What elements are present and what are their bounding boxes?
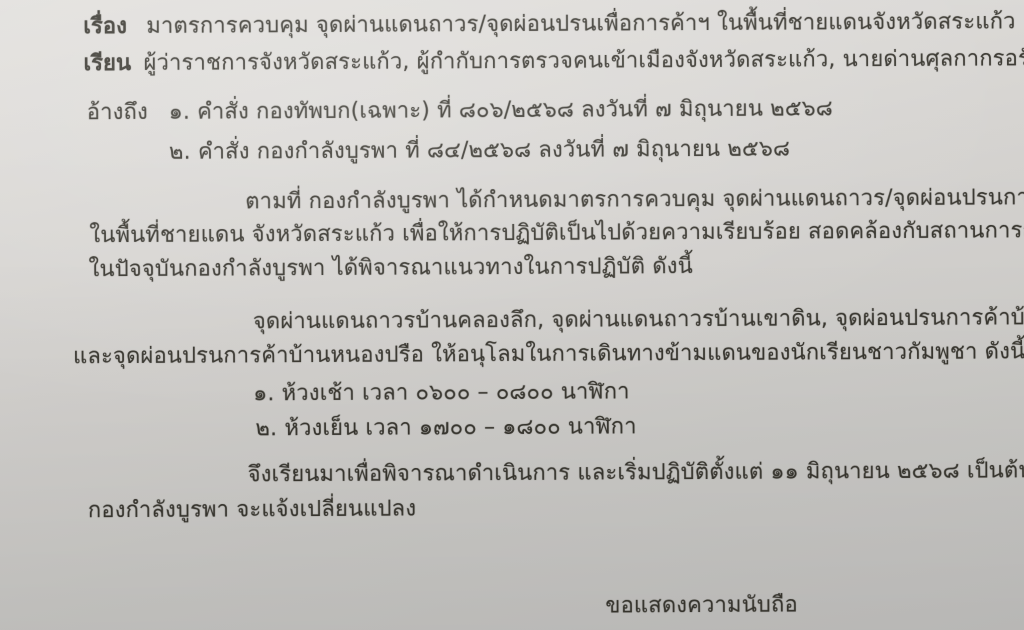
paragraph-2-line-2: และจุดผ่อนปรนการค้าบ้านหนองปรือ ให้อนุโล… [73,337,1024,372]
reference-item-1: ๑. คำสั่ง กองทัพบก(เฉพาะ) ที่ ๘๐๖/๒๕๖๘ ล… [169,94,833,127]
reference-label: อ้างถึง [87,98,148,128]
to-label: เรียน [83,49,131,79]
closing-salutation: ขอแสดงความนับถือ [605,591,798,622]
paragraph-2-line-1: จุดผ่านแดนถาวรบ้านคลองลึก, จุดผ่านแดนถาว… [253,303,1024,338]
paragraph-1-line-3: ในปัจจุบันกองกำลังบูรพา ได้พิจารณาแนวทาง… [89,252,693,285]
letter-body: เรื่อง มาตรการควบคุม จุดผ่านแดนถาวร/จุดผ… [0,0,1024,630]
paragraph-3-line-2: กองกำลังบูรพา จะแจ้งเปลี่ยนแปลง [88,495,416,527]
paragraph-3-line-1: จึงเรียนมาเพื่อพิจารณาดำเนินการ และเริ่ม… [248,456,1024,491]
time-window-item-1: ๑. ห้วงเช้า เวลา ๐๖๐๐ – ๐๘๐๐ นาฬิกา [253,377,630,409]
time-window-item-2: ๒. ห้วงเย็น เวลา ๑๗๐๐ – ๑๘๐๐ นาฬิกา [255,412,636,444]
subject-text: มาตรการควบคุม จุดผ่านแดนถาวร/จุดผ่อนปรนเ… [146,7,1015,42]
to-text: ผู้ว่าราชการจังหวัดสระแก้ว, ผู้กำกับการต… [143,44,1024,79]
reference-item-2: ๒. คำสั่ง กองกำลังบูรพา ที่ ๘๔/๒๕๖๘ ลงวั… [169,135,790,168]
paragraph-1-line-1: ตามที่ กองกำลังบูรพา ได้กำหนดมาตรการควบค… [245,183,1024,217]
document-photo: เรื่อง มาตรการควบคุม จุดผ่านแดนถาวร/จุดผ… [0,0,1024,630]
subject-label: เรื่อง [83,12,127,42]
paragraph-1-line-2: ในพื้นที่ชายแดน จังหวัดสระแก้ว เพื่อให้ก… [89,216,1024,251]
